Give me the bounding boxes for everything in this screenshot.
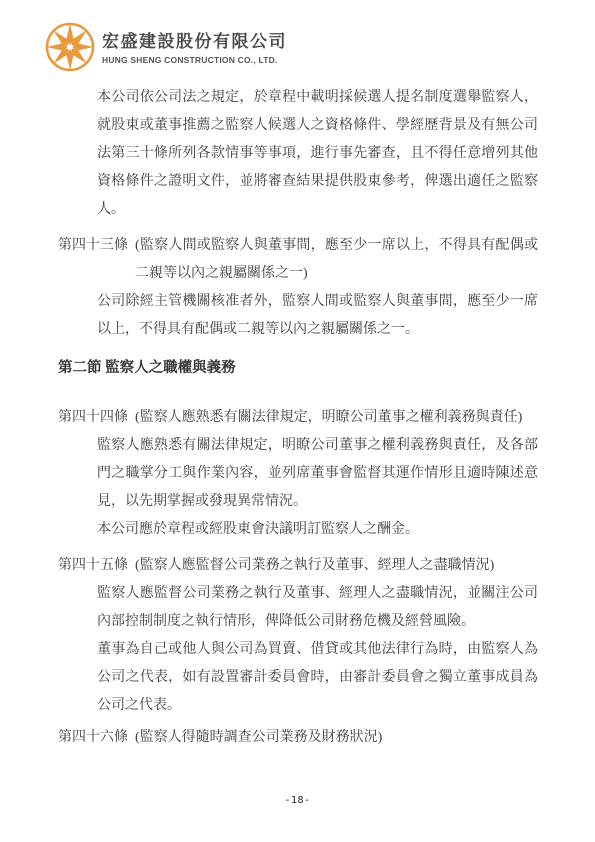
article-number: 第四十六條	[58, 724, 128, 752]
article-number: 第四十三條	[58, 232, 128, 288]
sunburst-emblem-icon	[45, 22, 95, 72]
intro-paragraph: 本公司依公司法之規定，於章程中載明採候選人提名制度選舉監察人，就股東或董事推薦之…	[97, 84, 538, 224]
article-44: 第四十四條 (監察人應熟悉有關法律規定，明瞭公司董事之權利義務與責任) 監察人應…	[58, 404, 538, 544]
company-name-en: HUNG SHENG CONSTRUCTION CO., LTD.	[102, 55, 287, 65]
article-45-heading: 第四十五條 (監察人應監督公司業務之執行及董事、經理人之盡職情況)	[58, 552, 538, 580]
article-43-heading: 第四十三條 (監察人間或監察人與董事間，應至少一席以上，不得具有配偶或二親等以內…	[58, 232, 538, 288]
article-paragraph: 監察人應熟悉有關法律規定，明瞭公司董事之權利義務與責任，及各部門之職掌分工與作業…	[97, 432, 538, 516]
section-heading: 第二節 監察人之職權與義務	[58, 354, 538, 382]
article-paragraph: 監察人應監督公司業務之執行及董事、經理人之盡職情況，並關注公司內部控制制度之執行…	[97, 580, 538, 636]
document-body: 本公司依公司法之規定，於章程中載明採候選人提名制度選舉監察人，就股東或董事推薦之…	[58, 84, 538, 752]
article-title: (監察人間或監察人與董事間，應至少一席以上，不得具有配偶或二親等以內之親屬關係之…	[135, 232, 538, 288]
article-45: 第四十五條 (監察人應監督公司業務之執行及董事、經理人之盡職情況) 監察人應監督…	[58, 552, 538, 720]
article-title: (監察人得隨時調查公司業務及財務狀況)	[135, 724, 538, 752]
article-46-heading: 第四十六條 (監察人得隨時調查公司業務及財務狀況)	[58, 724, 538, 752]
document-page: 宏盛建設股份有限公司 HUNG SHENG CONSTRUCTION CO., …	[0, 0, 595, 842]
article-title: (監察人應監督公司業務之執行及董事、經理人之盡職情況)	[135, 552, 538, 580]
company-letterhead: 宏盛建設股份有限公司 HUNG SHENG CONSTRUCTION CO., …	[45, 22, 287, 72]
article-number: 第四十四條	[58, 404, 128, 432]
article-44-heading: 第四十四條 (監察人應熟悉有關法律規定，明瞭公司董事之權利義務與責任)	[58, 404, 538, 432]
article-paragraph: 本公司應於章程或經股東會決議明訂監察人之酬金。	[97, 516, 538, 544]
article-43: 第四十三條 (監察人間或監察人與董事間，應至少一席以上，不得具有配偶或二親等以內…	[58, 232, 538, 344]
article-number: 第四十五條	[58, 552, 128, 580]
article-paragraph: 董事為自己或他人與公司為買賣、借貸或其他法律行為時，由監察人為公司之代表，如有設…	[97, 636, 538, 720]
article-title: (監察人應熟悉有關法律規定，明瞭公司董事之權利義務與責任)	[135, 404, 538, 432]
company-name-zh: 宏盛建設股份有限公司	[102, 27, 287, 52]
article-paragraph: 公司除經主管機關核准者外，監察人間或監察人與董事間，應至少一席以上，不得具有配偶…	[97, 288, 538, 344]
article-46: 第四十六條 (監察人得隨時調查公司業務及財務狀況)	[58, 724, 538, 752]
page-number: -18-	[0, 795, 595, 806]
company-names: 宏盛建設股份有限公司 HUNG SHENG CONSTRUCTION CO., …	[102, 22, 287, 65]
